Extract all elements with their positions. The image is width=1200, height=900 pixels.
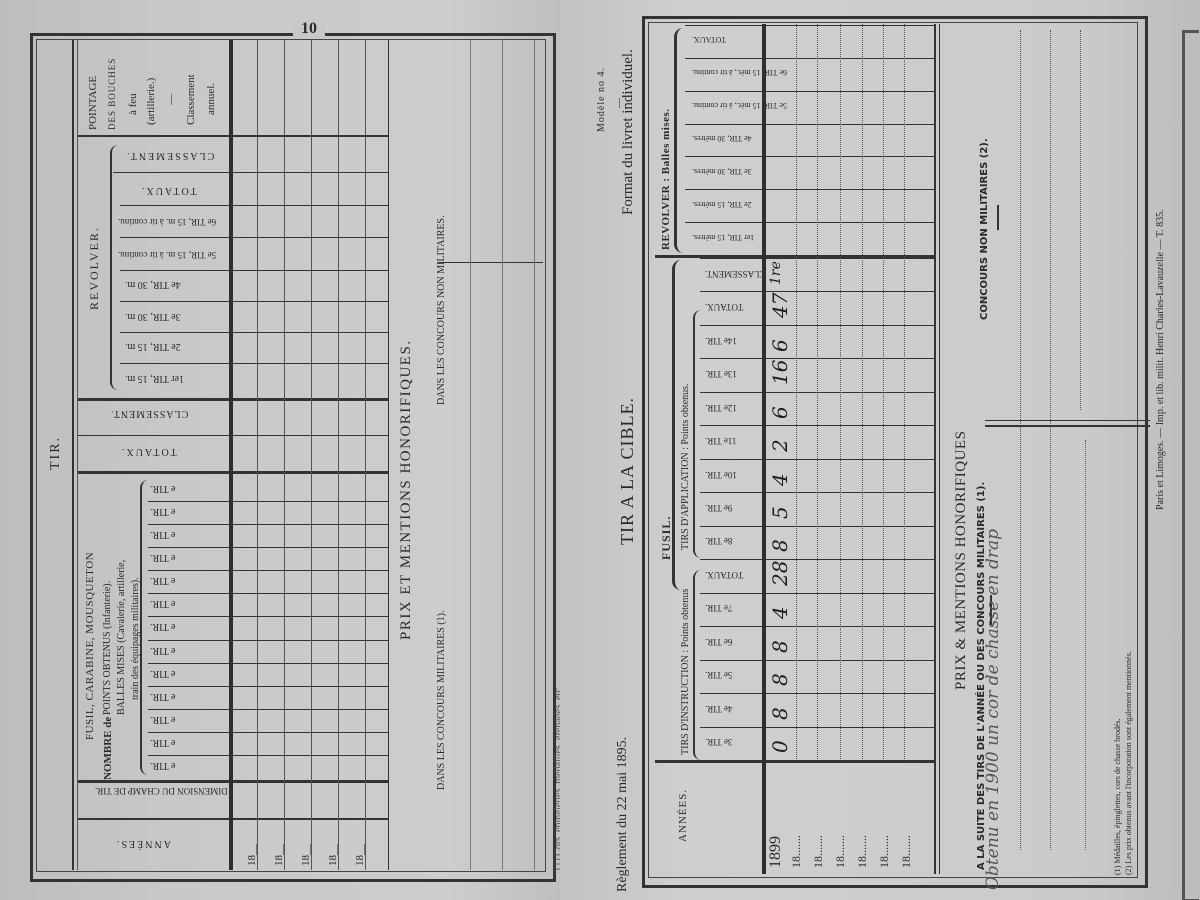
handwritten-prize: Obtenu en 1900 un cor de chasse en drap [983, 529, 1003, 890]
fusil-title: FUSIL, CARABINE, MOUSQUETON [84, 552, 96, 740]
section-title: TIR. [48, 436, 64, 470]
year-7: 18....... [899, 835, 914, 868]
pointage-header: POINTAGE DES BOUCHES à feu (artillerie.)… [85, 45, 235, 135]
prix-militaires: DANS LES CONCOURS MILITAIRES (1). [436, 611, 447, 790]
instruction-col-5: 7e TIR. [705, 603, 732, 613]
prix-entry-line-1[interactable] [470, 40, 471, 870]
right-page-inner-frame [648, 22, 1138, 878]
revolver-col-3: 3e TIR, 30 m. [125, 311, 181, 322]
instruction-col-1: 3e TIR. [705, 737, 732, 747]
fusil-tir-label: e TIR. [150, 598, 175, 609]
instruction-col-6: TOTAUX. [705, 570, 743, 580]
prix-line-3[interactable] [1080, 30, 1081, 410]
application-header: TIRS D'APPLICATION : Points obtenus. [680, 383, 691, 550]
revolver-col-2: 2e TIR, 15 mètres. [692, 200, 752, 209]
revolver-col-4: 4e TIR, 30 mètres. [692, 134, 752, 143]
prix-non-militaires: DANS LES CONCOURS NON MILITAIRES. [436, 216, 447, 406]
footnote-2: (2) Les prix obtenus avant l'incorporati… [1124, 651, 1133, 875]
revolver-col-2: 2e TIR, 15 m. [125, 341, 181, 352]
entry-col-5[interactable] [365, 40, 366, 870]
fusil-totaux: TOTAUX. [120, 446, 177, 457]
year-4: 18__ [327, 844, 339, 866]
instruction-col-3: 5e TIR. [705, 670, 732, 680]
dimension-label: DIMENSION DU CHAMP DE TIR. [95, 786, 228, 796]
score-cell[interactable]: 0 [768, 741, 792, 754]
fusil-tir-label: e TIR. [150, 529, 175, 540]
fusil-brace [140, 480, 148, 775]
application-col-1: 8e TIR. [705, 536, 732, 546]
prix-line-4[interactable] [1085, 440, 1086, 850]
entry-col-4[interactable] [840, 24, 841, 759]
left-page: 10 TIR. POINTAGE DES BOUCHES à feu (arti… [0, 0, 560, 900]
application-col-6: 13e TIR. [705, 369, 737, 379]
revolver-col-6: 6e TIR, 15 m. à tir continu. [118, 217, 216, 227]
instruction-header: TIRS D'INSTRUCTION : Points obtenus [680, 589, 691, 755]
next-page-edge [1182, 30, 1199, 900]
year-2: 18....... [789, 835, 804, 868]
score-cell[interactable]: 8 [768, 707, 792, 720]
revolver-col-3: 3e TIR, 30 mètres. [692, 167, 752, 176]
application-col-5: 12e TIR. [705, 403, 737, 413]
table-left-border [72, 40, 74, 870]
revolver-col-5: 5e TIR, 15 mèt., à tir continu. [692, 101, 787, 110]
score-cell[interactable]: 16 [768, 360, 792, 385]
revolver-col-6: 6e TIR, 15 mèt., à tir continu. [692, 68, 787, 77]
printer-credit: Paris et Limoges. — Imp. et lib. milit. … [1155, 209, 1166, 510]
application-col-8: TOTAUX. [705, 302, 743, 312]
application-col-3: 10e TIR. [705, 470, 737, 480]
year-4: 18....... [833, 835, 848, 868]
fusil-tir-label: e TIR. [150, 737, 175, 748]
year-6: 18....... [877, 835, 892, 868]
prix-entry-line-2[interactable] [502, 40, 503, 870]
format-title: Format du livret individuel. [620, 49, 637, 215]
revolver-col-5: 5e TIR, 15 m. à tir continu. [118, 250, 216, 260]
fusil-classement: CLASSEMENT. [110, 408, 188, 419]
entry-col-6[interactable] [883, 24, 884, 759]
entry-col-3[interactable] [311, 40, 312, 870]
prix-line-1[interactable] [1020, 30, 1021, 850]
score-cell[interactable]: 4 [768, 607, 792, 620]
revolver-brace [110, 145, 118, 390]
footnote-1: (1) Médailles, épinglettes, cors de chas… [1113, 718, 1122, 875]
fusil-tir-label: e TIR. [150, 668, 175, 679]
prix-entry-line-3[interactable] [534, 40, 535, 870]
score-cell[interactable]: 1re [768, 261, 784, 285]
score-cell[interactable]: 6 [768, 339, 792, 352]
fusil-points: POINTS OBTENUS (Infanterie). [102, 581, 113, 715]
score-cell[interactable]: 8 [768, 540, 792, 553]
revolver-col-1: 1er TIR, 15 m. [125, 373, 184, 384]
fusil-tir-label: e TIR. [150, 552, 175, 563]
prix-title: PRIX & MENTIONS HONORIFIQUES [953, 431, 970, 690]
prix-non-militaires: CONCOURS NON MILITAIRES (2). [979, 138, 990, 320]
application-col-7: 14e TIR. [705, 336, 737, 346]
revolver-totaux: TOTAUX. [140, 185, 197, 196]
fusil-tir-label: e TIR. [150, 691, 175, 702]
score-cell[interactable]: 2 [768, 439, 792, 452]
year-3: 18__ [300, 844, 312, 866]
modele: Modèle no 4. [596, 67, 607, 132]
score-cell[interactable]: 28 [768, 560, 792, 585]
reglement: Règlement du 22 mai 1895. [615, 737, 631, 892]
year-3: 18....... [811, 835, 826, 868]
revolver-col-1: 1er TIR, 15 mètres. [692, 233, 754, 242]
score-cell[interactable]: 47 [768, 293, 792, 318]
revolver-classement: CLASSEMENT. [125, 150, 214, 161]
right-page: Modèle no 4. — Format du livret individu… [560, 0, 1200, 900]
instruction-col-2: 4e TIR. [705, 704, 732, 714]
fusil-tir-label: e TIR. [150, 645, 175, 656]
entry-col-1[interactable] [257, 40, 258, 870]
entry-col-2[interactable] [796, 24, 797, 759]
application-col-2: 9e TIR. [705, 503, 732, 513]
fusil-tir-label: e TIR. [150, 506, 175, 517]
fusil-tir-label: e TIR. [150, 483, 175, 494]
fusil-balles: BALLES MISES (Cavalerie, artillerie, [116, 560, 127, 715]
score-cell[interactable]: 8 [768, 640, 792, 653]
page-title: TIR A LA CIBLE. [617, 397, 638, 545]
year-1: 18__ [246, 844, 258, 866]
entry-col-3[interactable] [817, 24, 818, 759]
year-2: 18__ [273, 844, 285, 866]
score-cell[interactable]: 5 [768, 506, 792, 519]
fusil-tir-label: e TIR. [150, 575, 175, 586]
fusil-tir-label: e TIR. [150, 760, 175, 771]
score-cell[interactable]: 4 [768, 473, 792, 486]
prix-line-2[interactable] [1050, 30, 1051, 850]
revolver-title: REVOLVER : Balles mises. [660, 108, 672, 250]
revolver-col-4: 4e TIR, 30 m. [125, 279, 181, 290]
year-5: 18....... [855, 835, 870, 868]
entry-col-4[interactable] [338, 40, 339, 870]
page-number: 10 [293, 20, 325, 38]
prix-title: PRIX ET MENTIONS HONORIFIQUES. [398, 339, 415, 640]
fusil-classement: CLASSEMENT. [705, 269, 766, 279]
entry-col-7[interactable] [904, 24, 905, 759]
score-cell[interactable]: 6 [768, 406, 792, 419]
application-col-4: 11e TIR. [705, 436, 737, 446]
annees-label: ANNÉES. [677, 789, 689, 842]
fusil-nombre: NOMBRE de [102, 717, 114, 780]
entry-col-2[interactable] [284, 40, 285, 870]
score-cell[interactable]: 8 [768, 674, 792, 687]
fusil-tir-label: e TIR. [150, 714, 175, 725]
instruction-col-4: 6e TIR. [705, 637, 732, 647]
annees-label: ANNÉES. [115, 838, 171, 849]
entry-col-5[interactable] [862, 24, 863, 759]
year-5: 18__ [354, 844, 366, 866]
revolver-col-7: TOTAUX. [692, 35, 726, 44]
year-1: 1899 [767, 836, 785, 868]
revolver-title: REVOLVER. [87, 226, 102, 310]
fusil-tir-label: e TIR. [150, 621, 175, 632]
